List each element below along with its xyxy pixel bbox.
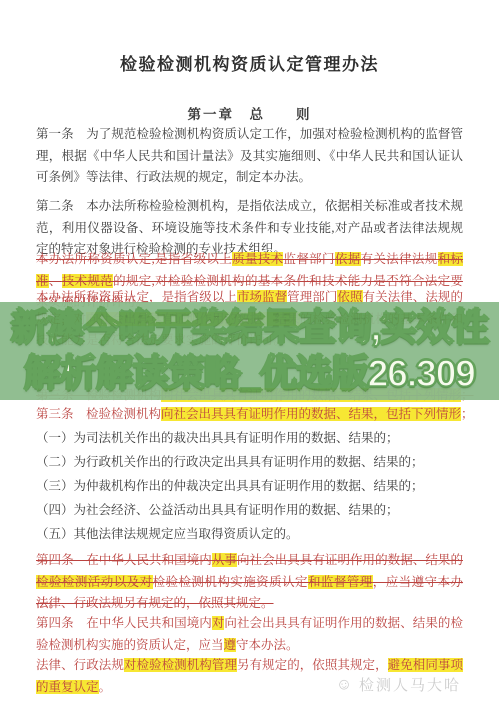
highlighted-text: 检验检测活动以及对 xyxy=(36,575,153,589)
text-segment: ； xyxy=(461,407,474,421)
text-segment: 第四条 在中华人民共和国境内 xyxy=(36,616,212,630)
text-segment: （二）为行政机关作出的行政决定出具具有证明作用的数据、结果的； xyxy=(36,455,424,469)
p-old-art4-law: 法律、行政法规另有规定的，依照其规定。 xyxy=(36,593,463,615)
item-1: （一）为司法机关作出的裁决出具具有证明作用的数据、结果的； xyxy=(36,428,463,450)
highlighted-text: 遵 xyxy=(224,638,237,652)
chapter-heading: 第一章 总 则 xyxy=(0,103,499,123)
text-segment: （一）为司法机关作出的裁决出具具有证明作用的数据、结果的； xyxy=(36,431,399,445)
highlighted-text: 向社会出具具有证明作用的数据、结果，包括下列情形 xyxy=(161,407,461,421)
text-segment: 、 xyxy=(49,274,62,288)
text-segment: 第一条 为了规范检验检测机构资质认定工作，加强对检验检测机构的监督管理，根据《中… xyxy=(36,127,463,184)
watermark: ☺ 检测人马大哈 xyxy=(336,674,461,695)
overlay-line-1: 新澳今晚开奖结果查询,实效性 xyxy=(11,305,488,351)
text-segment: 法律、行政法规另有规定的，依照其规定。 xyxy=(36,596,274,610)
text-segment: 监督部门 xyxy=(283,252,334,266)
text-segment: 向社会出具具有证明作用的数据、结果的 xyxy=(237,553,463,567)
text-segment: 有关法律法规 xyxy=(361,252,438,266)
lottery-overlay-banner: 新澳今晚开奖结果查询,实效性 解析解读策略_优选版26.309 xyxy=(0,302,499,400)
highlighted-text: 对检验检测机构管理 xyxy=(124,658,237,672)
highlighted-text: 和监督管理 xyxy=(308,575,373,589)
p-article1: 第一条 为了规范检验检测机构资质认定工作，加强对检验检测机构的监督管理，根据《中… xyxy=(36,124,463,189)
highlighted-text: 对 xyxy=(212,616,225,630)
p-art3: 第三条 检验检测机构向社会出具具有证明作用的数据、结果，包括下列情形； xyxy=(36,404,463,426)
watermark-label: 检测人马大哈 xyxy=(359,674,461,695)
text-segment: （四）为社会经济、公益活动出具具有证明作用的数据、结果的； xyxy=(36,503,399,517)
item-5: （五）其他法律法规规定应当取得资质认定的。 xyxy=(36,524,463,546)
highlighted-text: 从事 xyxy=(212,553,237,567)
smiley-face-icon: ☺ xyxy=(334,674,356,695)
highlighted-text: 依据 xyxy=(335,252,361,266)
p-art4: 第四条 在中华人民共和国境内对向社会出具具有证明作用的数据、结果的检验检测机构实… xyxy=(36,613,463,656)
text-segment: 守本办法。 xyxy=(236,638,299,652)
text-segment: 第二条 本办法所称检验检测机构，是指依法成立，依据相关标准或者技术规范，利用仪器… xyxy=(36,199,463,256)
text-segment: 第四条 在中华人民共和国境内 xyxy=(36,553,212,567)
text-segment: 检验检测机构实施资质认定 xyxy=(153,575,308,589)
text-segment: 法律、行政法规 xyxy=(36,658,124,672)
item-3: （三）为仲裁机构作出的仲裁决定出具具有证明作用的数据、结果的； xyxy=(36,476,463,498)
text-segment: 。 xyxy=(99,680,112,694)
document-title: 检验检测机构资质认定管理办法 xyxy=(0,50,499,75)
item-4: （四）为社会经济、公益活动出具具有证明作用的数据、结果的； xyxy=(36,500,463,522)
text-segment: 第三条 检验检测机构 xyxy=(36,407,161,421)
overlay-line-2: 解析解读策略_优选版26.309 xyxy=(24,351,475,397)
text-segment: 本办法所称资质认定,是指省级以上 xyxy=(36,252,232,266)
highlighted-text: 质量技术 xyxy=(232,252,283,266)
item-2: （二）为行政机关作出的行政决定出具具有证明作用的数据、结果的； xyxy=(36,452,463,474)
highlighted-text: 技术规范 xyxy=(62,274,113,288)
document-page: 检验检测机构资质认定管理办法 第一章 总 则 第一条 为了规范检验检测机构资质认… xyxy=(0,0,499,706)
text-segment: （五）其他法律法规规定应当取得资质认定的。 xyxy=(36,527,299,541)
text-segment: （三）为仲裁机构作出的仲裁决定出具具有证明作用的数据、结果的； xyxy=(36,479,424,493)
text-segment: 另有规定的，依照其规定， xyxy=(237,658,388,672)
